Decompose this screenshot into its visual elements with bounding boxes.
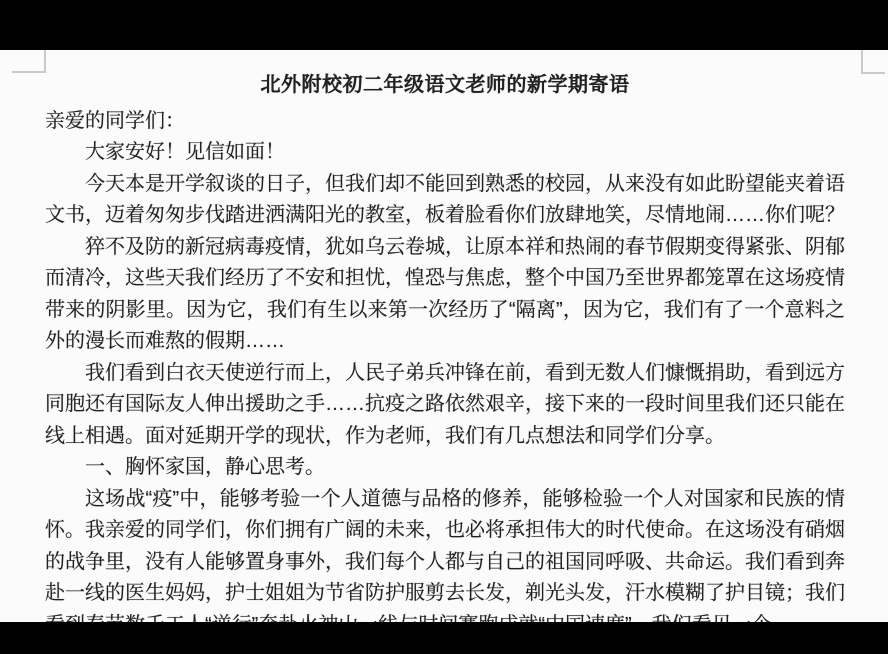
margin-corner-mark-right: [861, 50, 885, 74]
para-section1-body: 这场战“疫”中，能够考验一个人道德与品格的修养，能够检验一个人对国家和民族的情怀…: [45, 484, 845, 623]
para-epidemic: 猝不及防的新冠病毒疫情，犹如乌云卷城，让原本祥和热闹的春节假期变得紧张、阴郁而清…: [45, 232, 845, 358]
para-heroes: 我们看到白衣天使逆行而上，人民子弟兵冲锋在前，看到无数人们慷慨捐助，看到远方同胞…: [45, 358, 845, 453]
salutation-line: 亲爱的同学们：: [45, 106, 845, 138]
letterbox-top: [0, 0, 888, 50]
screenshot-stage: 北外附校初二年级语文老师的新学期寄语 亲爱的同学们：大家安好！见信如面！今天本是…: [0, 0, 888, 654]
document-title: 北外附校初二年级语文老师的新学期寄语: [45, 70, 845, 102]
letterbox-bottom: [0, 622, 888, 654]
document-body: 亲爱的同学们：大家安好！见信如面！今天本是开学叙谈的日子，但我们却不能回到熟悉的…: [45, 106, 845, 623]
document-page: 北外附校初二年级语文老师的新学期寄语 亲爱的同学们：大家安好！见信如面！今天本是…: [0, 50, 888, 622]
greeting-line: 大家安好！见信如面！: [45, 137, 845, 169]
margin-corner-mark-left: [12, 50, 46, 73]
section-heading-1: 一、胸怀家国，静心思考。: [45, 452, 845, 484]
document-content: 北外附校初二年级语文老师的新学期寄语 亲爱的同学们：大家安好！见信如面！今天本是…: [45, 50, 845, 622]
para-opening: 今天本是开学叙谈的日子，但我们却不能回到熟悉的校园，从来没有如此盼望能夹着语文书…: [45, 169, 845, 232]
